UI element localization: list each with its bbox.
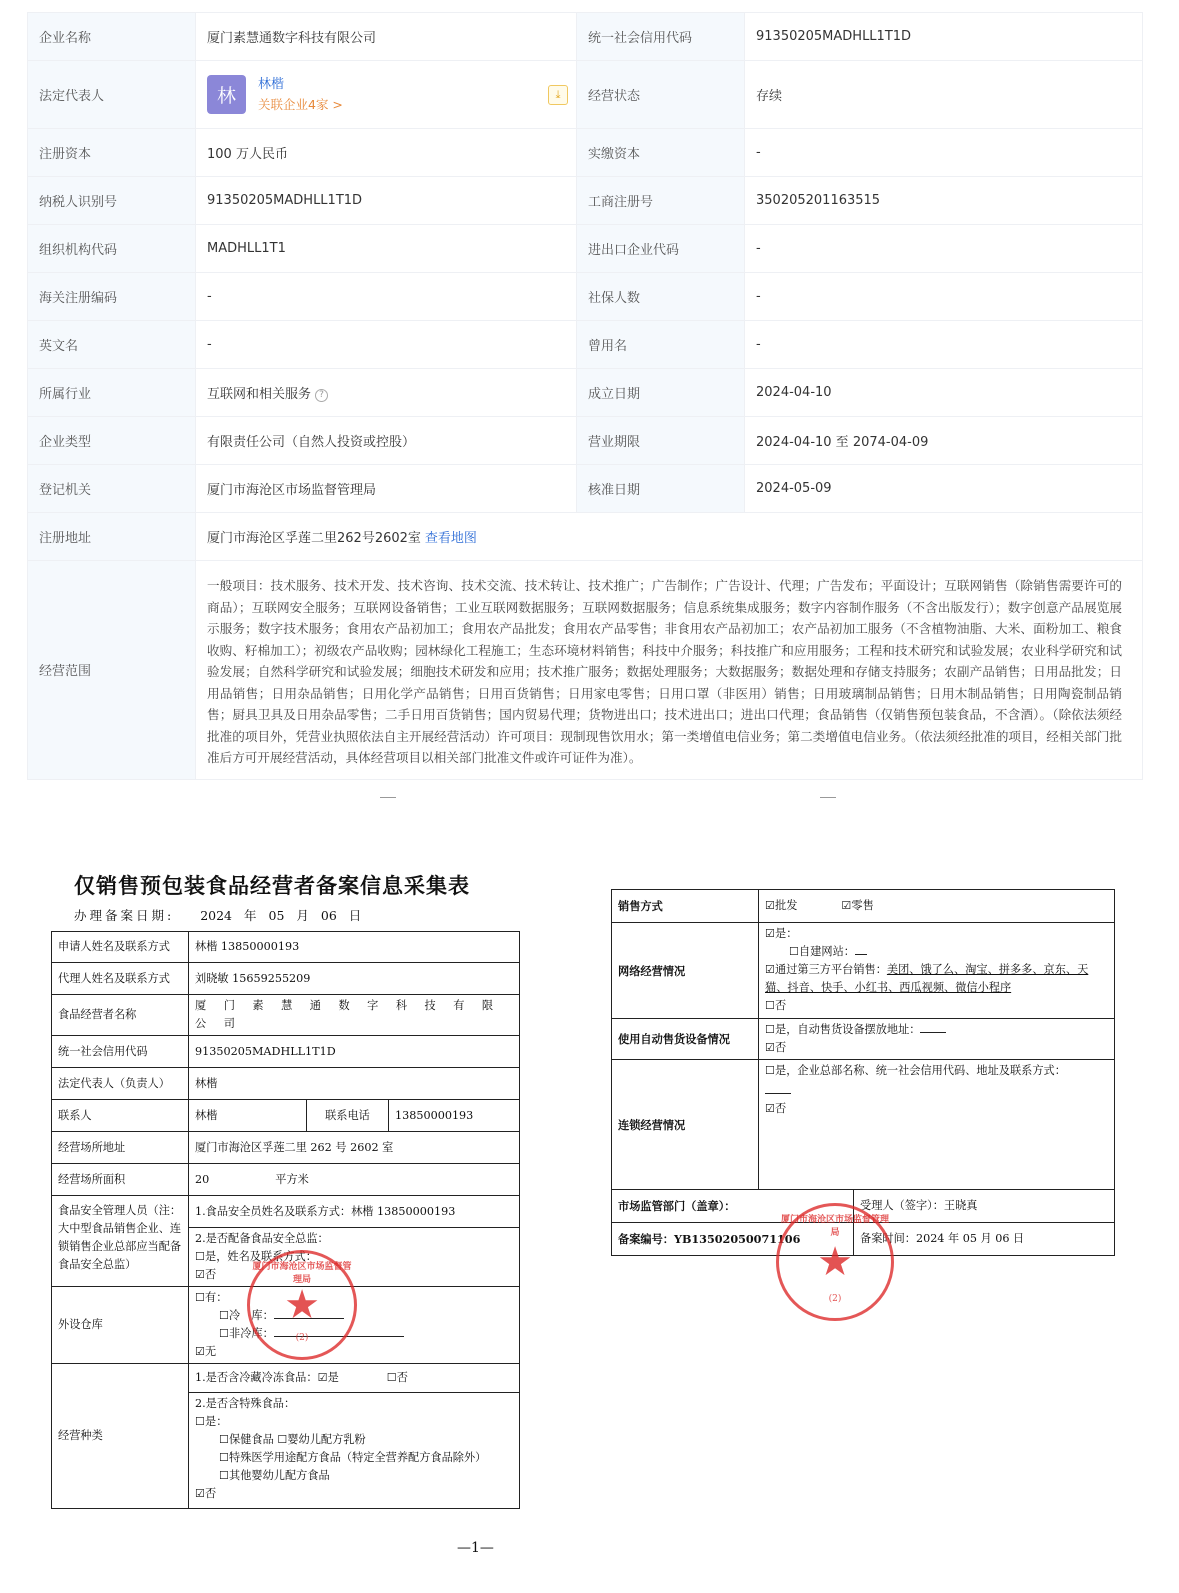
acceptor-label: 受理人（签字）： [860,1199,944,1212]
date-year: 2024 [200,908,232,923]
star-icon: ★ [817,1242,853,1282]
approval-date-value: 2024-05-09 [745,465,1143,513]
field-label: 工商注册号 [577,177,745,225]
related-companies-link[interactable]: 关联企业4家 > [258,95,343,115]
vending-yes-label: ☐是，自动售货设备摆放地址： [765,1023,920,1036]
area-number: 20 [195,1173,209,1186]
date-unit: 月 [296,908,309,923]
avatar: 林 [207,75,246,114]
cold-food-cell: 1.是否含冷藏冷冻食品：☑是☐否 [189,1364,520,1393]
checkbox-medical-food[interactable]: ☐特殊医学用途配方食品（特定全营养配方食品除外） [195,1449,513,1467]
filing-form-table: 申请人姓名及联系方式 林楷 13850000193 代理人姓名及联系方式 刘晓敏… [51,931,520,1509]
checkbox-no[interactable]: ☑否 [195,1266,513,1284]
info-row: 法定代表人 林 林楷 关联企业4家 > ⤓ 经营状态 存续 [28,61,1143,129]
view-map-link[interactable]: 查看地图 [425,531,477,546]
paid-capital-value: - [745,129,1143,177]
info-row: 海关注册编码 - 社保人数 - [28,273,1143,321]
divider [820,797,836,798]
operator-name-value: 厦门素慧通数字科技有限公司 [189,995,520,1036]
field-label: 法定代表人（负责人） [52,1068,189,1100]
safety-officer-value: 1.食品安全员姓名及联系方式：林楷 13850000193 [189,1196,520,1228]
safety-director-question: 2.是否配备食品安全总监： [195,1230,513,1248]
field-label: 注册资本 [28,129,196,177]
seal-text: 厦门市海沧区市场监督管理局 [250,1259,354,1285]
record-time-value: 2024 年 05 月 06 日 [916,1232,1024,1245]
english-name-value: - [196,321,577,369]
area-value: 20平方米 [189,1164,520,1196]
online-sales-cell: ☑是： ☐自建网站： ☑通过第三方平台销售：美团、饿了么、淘宝、拼多多、京东、天… [759,923,1115,1019]
checkbox-own-site[interactable]: ☐自建网站： [765,943,1108,961]
record-no-label: 备案编号： [618,1232,674,1246]
info-row: 企业类型 有限责任公司（自然人投资或控股） 营业期限 2024-04-10 至 … [28,417,1143,465]
org-code-value: MADHLL1T1 [196,225,577,273]
business-reg-no-value: 350205201163515 [745,177,1143,225]
business-term-value: 2024-04-10 至 2074-04-09 [745,417,1143,465]
registered-address-value: 厦门市海沧区孚莲二里262号2602室查看地图 [196,513,1143,561]
seal-text: 厦门市海沧区市场监督管理局 [779,1212,891,1238]
filing-date: 办理备案日期: 2024 年 05 月 06 日 [74,906,365,924]
customs-code-value: - [196,273,577,321]
company-info-table: 企业名称 厦门素慧通数字科技有限公司 统一社会信用代码 91350205MADH… [27,12,1143,780]
checkbox-retail[interactable]: ☑零售 [841,899,873,912]
field-label: 核准日期 [577,465,745,513]
status-value: 存续 [745,61,1143,129]
checkbox-no[interactable]: ☐否 [387,1371,408,1384]
phone-value: 13850000193 [389,1100,520,1132]
business-scope-value: 一般项目：技术服务、技术开发、技术咨询、技术交流、技术转让、技术推广；广告制作；… [196,561,1143,780]
applicant-value: 林楷 13850000193 [189,932,520,963]
field-label: 海关注册编码 [28,273,196,321]
field-label: 使用自动售货设备情况 [612,1019,759,1060]
info-row: 经营范围 一般项目：技术服务、技术开发、技术咨询、技术交流、技术转让、技术推广；… [28,561,1143,780]
cold-food-question: 1.是否含冷藏冷冻食品： [195,1371,318,1384]
checkbox-noncold[interactable]: ☐非冷库： [195,1325,513,1343]
credit-code-value: 91350205MADHLL1T1D [189,1036,520,1068]
address-text: 厦门市海沧区孚莲二里262号2602室 [207,531,421,546]
legal-rep-name-link[interactable]: 林楷 [258,75,343,95]
seal-number: (2) [779,1294,891,1304]
field-label: 食品经营者名称 [52,995,189,1036]
field-label: 企业名称 [28,13,196,61]
field-label: 曾用名 [577,321,745,369]
company-name-value: 厦门素慧通数字科技有限公司 [196,13,577,61]
field-label: 联系电话 [307,1100,389,1132]
form-title: 仅销售预包装食品经营者备案信息采集表 [74,870,470,900]
special-food-cell: 2.是否含特殊食品： ☐是： ☐保健食品 ☐婴幼儿配方乳粉 ☐特殊医学用途配方食… [189,1393,520,1509]
acceptor-value: 王晓真 [944,1199,978,1212]
date-day: 06 [321,908,337,923]
field-label: 申请人姓名及联系方式 [52,932,189,963]
registered-capital-value: 100 万人民币 [196,129,577,177]
checkbox-yes[interactable]: ☐是，姓名及联系方式： [195,1248,513,1266]
date-unit: 年 [244,908,257,923]
contact-value: 林楷 [189,1100,307,1132]
filing-form-table-continued: 销售方式 ☑批发☑零售 网络经营情况 ☑是： ☐自建网站： ☑通过第三方平台销售… [611,889,1115,1256]
former-name-value: - [745,321,1143,369]
chain-cell: ☐是，企业总部名称、统一社会信用代码、地址及联系方式： ☑否 [759,1060,1115,1190]
field-label: 注册地址 [28,513,196,561]
checkbox-wholesale[interactable]: ☑批发 [765,899,797,912]
checkbox-chain-no[interactable]: ☑否 [765,1100,1108,1118]
special-food-question: 2.是否含特殊食品： [195,1395,513,1413]
field-label: 网络经营情况 [612,923,759,1019]
acceptor-cell: 受理人（签字）：王晓真 [854,1190,1115,1223]
field-label: 法定代表人 [28,61,196,129]
industry-value: 互联网和相关服务? [196,369,577,417]
field-label: 营业期限 [577,417,745,465]
area-unit: 平方米 [275,1173,309,1186]
field-label: 联系人 [52,1100,189,1132]
filing-date-label: 办理备案日期: [74,908,174,923]
field-label: 登记机关 [28,465,196,513]
field-label: 英文名 [28,321,196,369]
legal-rep-cell: 林 林楷 关联企业4家 > ⤓ [196,61,577,129]
info-row: 企业名称 厦门素慧通数字科技有限公司 统一社会信用代码 91350205MADH… [28,13,1143,61]
field-label: 代理人姓名及联系方式 [52,963,189,995]
info-row: 组织机构代码 MADHLL1T1 进出口企业代码 - [28,225,1143,273]
info-row: 所属行业 互联网和相关服务? 成立日期 2024-04-10 [28,369,1143,417]
info-row: 纳税人识别号 91350205MADHLL1T1D 工商注册号 35020520… [28,177,1143,225]
checkbox-health-food[interactable]: ☐保健食品 ☐婴幼儿配方乳粉 [195,1431,513,1449]
credit-code-value: 91350205MADHLL1T1D [745,13,1143,61]
checkbox-no[interactable]: ☑否 [195,1485,513,1503]
checkbox-third-party[interactable]: ☑通过第三方平台销售：美团、饿了么、淘宝、拼多多、京东、天猫、抖音、快手、小红书… [765,961,1108,997]
divider [380,797,396,798]
checkbox-yes[interactable]: ☑是 [318,1371,339,1384]
field-label: 成立日期 [577,369,745,417]
safety-director-cell: 2.是否配备食品安全总监： ☐是，姓名及联系方式： ☑否 [189,1228,520,1287]
vending-cell: ☐是，自动售货设备摆放地址： ☑否 [759,1019,1115,1060]
checkbox-online-no[interactable]: ☐否 [765,997,1108,1015]
field-label: 进出口企业代码 [577,225,745,273]
field-label: 统一社会信用代码 [577,13,745,61]
field-label: 实缴资本 [577,129,745,177]
founded-date-value: 2024-04-10 [745,369,1143,417]
sales-method-cell: ☑批发☑零售 [759,890,1115,923]
info-row: 注册地址 厦门市海沧区孚莲二里262号2602室查看地图 [28,513,1143,561]
official-seal: 厦门市海沧区市场监督管理局 ★ (2) [247,1250,357,1360]
checkbox-vending-yes[interactable]: ☐是，自动售货设备摆放地址： [765,1021,1108,1039]
info-row: 注册资本 100 万人民币 实缴资本 - [28,129,1143,177]
info-row: 登记机关 厦门市海沧区市场监督管理局 核准日期 2024-05-09 [28,465,1143,513]
field-label: 外设仓库 [52,1287,189,1364]
seal-number: (2) [250,1333,354,1343]
insured-count-value: - [745,273,1143,321]
star-icon: ★ [284,1285,320,1325]
checkbox-yes[interactable]: ☐是： [195,1413,513,1431]
field-label: 经营种类 [52,1364,189,1509]
checkbox-vending-no[interactable]: ☑否 [765,1039,1108,1057]
field-label: 经营状态 [577,61,745,129]
field-label: 经营场所地址 [52,1132,189,1164]
third-party-label: ☑通过第三方平台销售： [765,963,887,976]
date-unit: 日 [349,908,362,923]
field-label: 社保人数 [577,273,745,321]
agent-value: 刘晓敏 15659255209 [189,963,520,995]
own-site-label: ☐自建网站： [789,945,855,958]
operator-name-text: 厦门素慧通数字科技有限公司 [195,999,511,1030]
export-icon[interactable]: ⤓ [548,85,568,105]
official-seal: 厦门市海沧区市场监督管理局 ★ (2) [776,1203,894,1321]
field-label: 企业类型 [28,417,196,465]
field-label: 所属行业 [28,369,196,417]
help-icon[interactable]: ? [315,389,328,402]
field-label: 组织机构代码 [28,225,196,273]
date-month: 05 [269,908,285,923]
checkbox-infant-food[interactable]: ☐其他婴幼儿配方食品 [195,1467,513,1485]
checkbox-online-yes[interactable]: ☑是： [765,925,1108,943]
legal-rep-value: 林楷 [189,1068,520,1100]
checkbox-no-warehouse[interactable]: ☑无 [195,1343,513,1361]
industry-text: 互联网和相关服务 [207,387,311,402]
taxpayer-id-value: 91350205MADHLL1T1D [196,177,577,225]
field-label: 销售方式 [612,890,759,923]
address-value: 厦门市海沧区孚莲二里 262 号 2602 室 [189,1132,520,1164]
page-number: —1— [457,1540,494,1556]
info-row: 英文名 - 曾用名 - [28,321,1143,369]
field-label: 经营范围 [28,561,196,780]
field-label: 连锁经营情况 [612,1060,759,1190]
field-label: 纳税人识别号 [28,177,196,225]
import-export-code-value: - [745,225,1143,273]
company-type-value: 有限责任公司（自然人投资或控股） [196,417,577,465]
field-label: 统一社会信用代码 [52,1036,189,1068]
field-label: 食品安全管理人员（注：大中型食品销售企业、连锁销售企业总部应当配备食品安全总监） [52,1196,189,1287]
registration-authority-value: 厦门市海沧区市场监督管理局 [196,465,577,513]
field-label: 经营场所面积 [52,1164,189,1196]
checkbox-chain-yes[interactable]: ☐是，企业总部名称、统一社会信用代码、地址及联系方式： [765,1062,1108,1080]
